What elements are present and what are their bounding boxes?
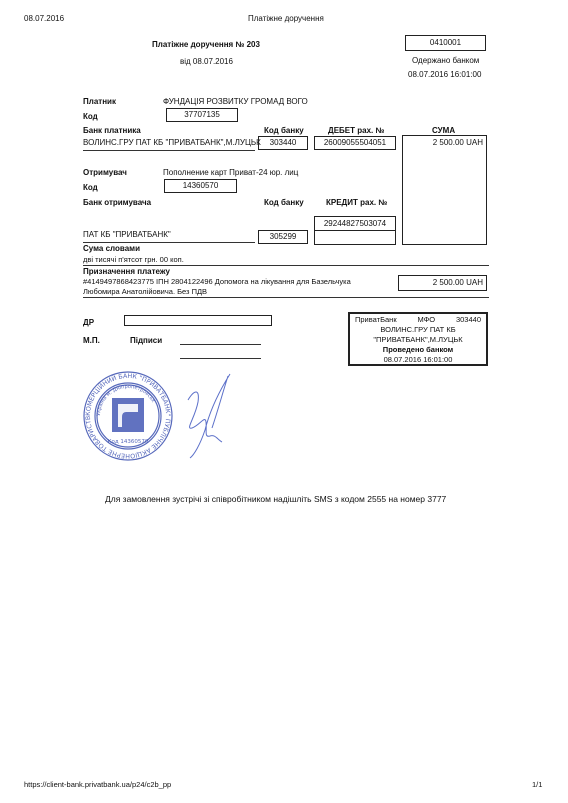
stamp-status: Проведено банком: [350, 345, 486, 355]
dr-field: [124, 315, 272, 326]
stamp-line2: ВОЛИНС.ГРУ ПАТ КБ: [350, 325, 486, 335]
recipient-bank-field: ПАТ КБ "ПРИВАТБАНК": [83, 228, 255, 243]
signatures-label: Підписи: [130, 336, 162, 345]
amount-words-label: Сума словами: [83, 244, 140, 253]
recipient-bank-code-label: Код банку: [264, 198, 304, 207]
credit-account: 29244827503074: [315, 217, 395, 231]
purpose-amount: 2 500.00 UAH: [398, 275, 487, 291]
doc-title: Платіжне доручення № 203: [152, 40, 260, 49]
received-label: Одержано банком: [412, 56, 479, 65]
amount-box: 2 500.00 UAH: [402, 135, 487, 245]
recipient-code: 14360570: [164, 179, 237, 193]
footer-page: 1/1: [532, 780, 542, 789]
credit-account-label: КРЕДИТ рах. №: [326, 198, 387, 207]
debit-account: 26009055504051: [314, 136, 396, 150]
purpose-label: Призначення платежу: [83, 267, 170, 276]
recipient-bank-name: ПАТ КБ "ПРИВАТБАНК": [83, 230, 171, 239]
debit-account-label: ДЕБЕТ рах. №: [328, 126, 384, 135]
stamp-bank: ПриватБанк: [355, 315, 397, 325]
divider: [83, 265, 489, 266]
recipient-code-label: Код: [83, 183, 98, 192]
payer-label: Платник: [83, 97, 116, 106]
credit-account-box: 29244827503074: [314, 216, 396, 245]
purpose-line1: #4149497868423775 ІПН 2804122496 Допомог…: [83, 277, 351, 286]
payer-code: 37707135: [166, 108, 238, 122]
recipient-bank-label: Банк отримувача: [83, 198, 151, 207]
amount-words: дві тисячі п'ятсот грн. 00 коп.: [83, 255, 184, 264]
footer-url: https://client-bank.privatbank.ua/p24/c2…: [24, 780, 171, 789]
sms-note: Для замовлення зустрічі зі співробітнико…: [105, 494, 446, 504]
payer-code-label: Код: [83, 112, 98, 121]
amount-label: СУМА: [432, 126, 455, 135]
print-title: Платіжне доручення: [248, 14, 324, 23]
bank-seal-icon: КОМЕРЦІЙНИЙ БАНК "ПРИВАТБАНК" ПУБЛІЧНЕ А…: [82, 370, 174, 462]
amount-value: 2 500.00 UAH: [433, 138, 483, 147]
dr-label: ДР: [83, 318, 94, 327]
recipient-label: Отримувач: [83, 168, 127, 177]
form-code-box: 0410001: [405, 35, 486, 51]
print-date: 08.07.2016: [24, 14, 64, 23]
payer-bank-code: 303440: [258, 136, 308, 150]
doc-date: від 08.07.2016: [180, 57, 233, 66]
bank-stamp-box: ПриватБанк МФО 303440 ВОЛИНС.ГРУ ПАТ КБ …: [348, 312, 488, 366]
stamp-line3: "ПРИВАТБАНК",М.ЛУЦЬК: [350, 335, 486, 345]
recipient-name: Пополнение карт Приват-24 юр. лиц: [163, 168, 298, 177]
payer-bank-label: Банк платника: [83, 126, 141, 135]
recipient-bank-code: 305299: [258, 230, 308, 244]
signature-icon: [180, 370, 240, 460]
signature-line-1: [180, 344, 261, 345]
payer-bank-code-label: Код банку: [264, 126, 304, 135]
stamp-mfo: 303440: [456, 315, 481, 325]
mp-label: М.П.: [83, 336, 100, 345]
svg-text:Код 14360570: Код 14360570: [108, 439, 149, 445]
payer-bank-field: ВОЛИНС.ГРУ ПАТ КБ "ПРИВАТБАНК",М.ЛУЦЬК: [83, 136, 255, 151]
stamp-mfo-label: МФО: [417, 315, 435, 325]
received-time: 08.07.2016 16:01:00: [408, 70, 481, 79]
payer-name: ФУНДАЦІЯ РОЗВИТКУ ГРОМАД ВОГО: [163, 97, 308, 106]
stamp-time: 08.07.2016 16:01:00: [350, 355, 486, 365]
divider: [83, 297, 489, 298]
payer-bank-name: ВОЛИНС.ГРУ ПАТ КБ "ПРИВАТБАНК",М.ЛУЦЬК: [83, 138, 261, 147]
purpose-line2: Любомира Анатолійовича. Без ПДВ: [83, 287, 207, 296]
signature-line-2: [180, 358, 261, 359]
